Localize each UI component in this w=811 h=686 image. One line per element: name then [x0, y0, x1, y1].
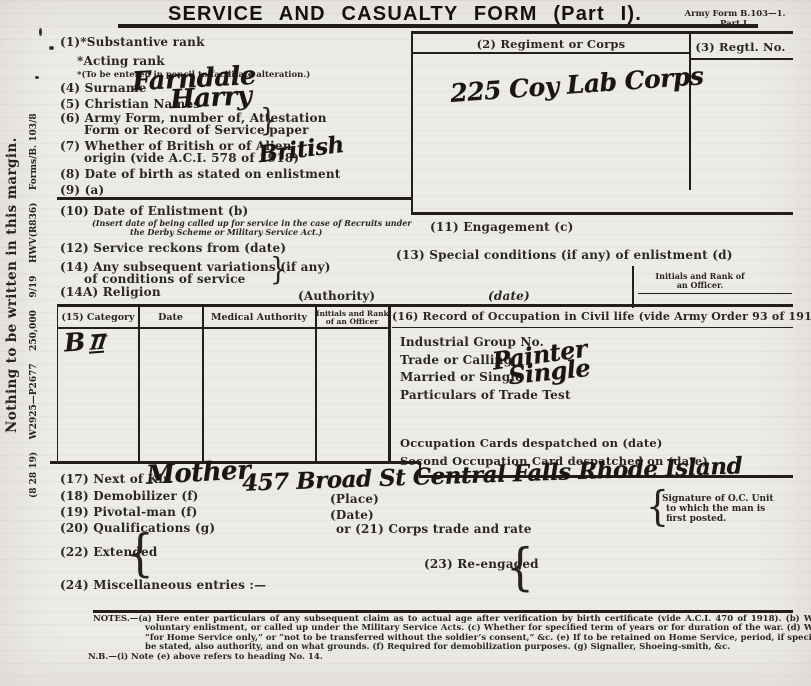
brace-field6: } [260, 103, 277, 139]
field-enlistment-date-label: (10) Date of Enlistment (b) [60, 204, 248, 218]
notes-body: —(a) Here enter particulars of any subse… [130, 614, 811, 652]
corps-trade-rate-label: or (21) Corps trade and rate [336, 522, 532, 536]
section-divider [57, 197, 413, 200]
section16-header: (16) Record of Occupation in Civil life … [392, 310, 792, 323]
army-form-ref-line1: Army Form B.103—1. [676, 9, 794, 19]
table-column-divider [138, 306, 140, 463]
table-right-divider [388, 306, 391, 464]
notes-paragraph: NOTES.—(a) Here enter particulars of any… [93, 615, 811, 652]
field-9a-label: (9) (a) [60, 183, 104, 197]
christian-names-handwritten-value: Harry [169, 81, 252, 115]
authority-label: (Authority) [298, 289, 375, 303]
section-divider [411, 212, 793, 215]
brace-re-engaged: { [506, 538, 534, 597]
table-header-officer-line2: of an Officer [316, 317, 388, 326]
demobilizer-label: (18) Demobilizer (f) [60, 489, 199, 503]
officer-box-divider [632, 266, 634, 308]
field-engagement-label: (11) Engagement (c) [430, 220, 574, 234]
date-parenthetical-label: (Date) [330, 508, 374, 522]
column-divider [411, 31, 413, 197]
category-letter: B [63, 327, 86, 357]
title-rule [118, 24, 758, 28]
regiment-handwritten-value: 225 Coy Lab Corps [449, 61, 704, 108]
field-date-of-birth-label: (8) Date of birth as stated on enlistmen… [60, 167, 341, 181]
form-title: SERVICE AND CASUALTY FORM (Part I). [140, 3, 670, 26]
table-header-category: (15) Category [58, 312, 138, 323]
signature-note-line2: to which the man is [666, 504, 765, 514]
notes-rule [93, 610, 793, 613]
field-variations-label-line2: of conditions of service [84, 272, 245, 286]
signature-note-line3: first posted. [666, 514, 726, 524]
table-border-left [57, 306, 58, 463]
table-column-divider [315, 306, 317, 463]
officer-box-label-line2: an Officer. [640, 280, 760, 290]
field-special-conditions-label: (13) Special conditions (if any) of enli… [396, 248, 733, 262]
section-divider [57, 304, 793, 307]
notes-label: NOTES. [93, 614, 130, 624]
occupation-cards-label: Occupation Cards despatched on (date) [400, 436, 663, 450]
trade-test-label: Particulars of Trade Test [400, 388, 571, 402]
table-header-date: Date [139, 312, 202, 323]
enlistment-note-line2: the Derby Scheme or Military Service Act… [130, 227, 322, 237]
rule [412, 31, 793, 34]
margin-print-codes: (8 28 19) W2925—P2677 250,000 9/19 HWV(R… [29, 113, 39, 498]
officer-box-underline [638, 293, 792, 294]
table-header-medical-authority: Medical Authority [203, 312, 315, 323]
ink-speck [35, 76, 39, 79]
rule [690, 58, 793, 60]
divider-connector [411, 197, 413, 214]
next-of-kin-relation-handwritten: Mother [145, 455, 251, 490]
table-header-underline [57, 327, 389, 329]
field-substantive-rank-label: (1)*Substantive rank [60, 35, 205, 49]
margin-note: Nothing to be written in this margin. [4, 137, 20, 433]
table-column-divider [202, 306, 204, 463]
column-divider [689, 31, 691, 190]
brace-extended: { [126, 524, 154, 583]
pivotal-man-label: (19) Pivotal-man (f) [60, 505, 198, 519]
miscellaneous-entries-label: (24) Miscellaneous entries :— [60, 578, 266, 592]
category-handwritten-value: BII [63, 326, 105, 358]
rule [412, 52, 689, 54]
section16-header-underline [392, 327, 793, 328]
brace-field14: } [270, 252, 287, 288]
category-roman-numeral: II [88, 333, 106, 354]
field-regiment-label: (2) Regiment or Corps [420, 37, 682, 51]
place-label: (Place) [330, 492, 379, 506]
date-label: (date) [488, 289, 530, 303]
notes-nb-line: N.B.—(i) Note (e) above refers to headin… [88, 652, 323, 662]
signature-note-line1: Signature of O.C. Unit [662, 494, 774, 504]
field-religion-label: (14A) Religion [60, 285, 161, 299]
ink-speck [39, 28, 42, 36]
field-service-reckons-label: (12) Service reckons from (date) [60, 241, 286, 255]
ink-speck [49, 46, 54, 50]
field-regtl-no-label: (3) Regtl. No. [691, 40, 790, 54]
army-form-ref-line2: Part I. [676, 19, 794, 29]
scanned-form-page: Nothing to be written in this margin. (8… [0, 0, 811, 686]
married-or-single-label: Married or Single [400, 370, 523, 384]
